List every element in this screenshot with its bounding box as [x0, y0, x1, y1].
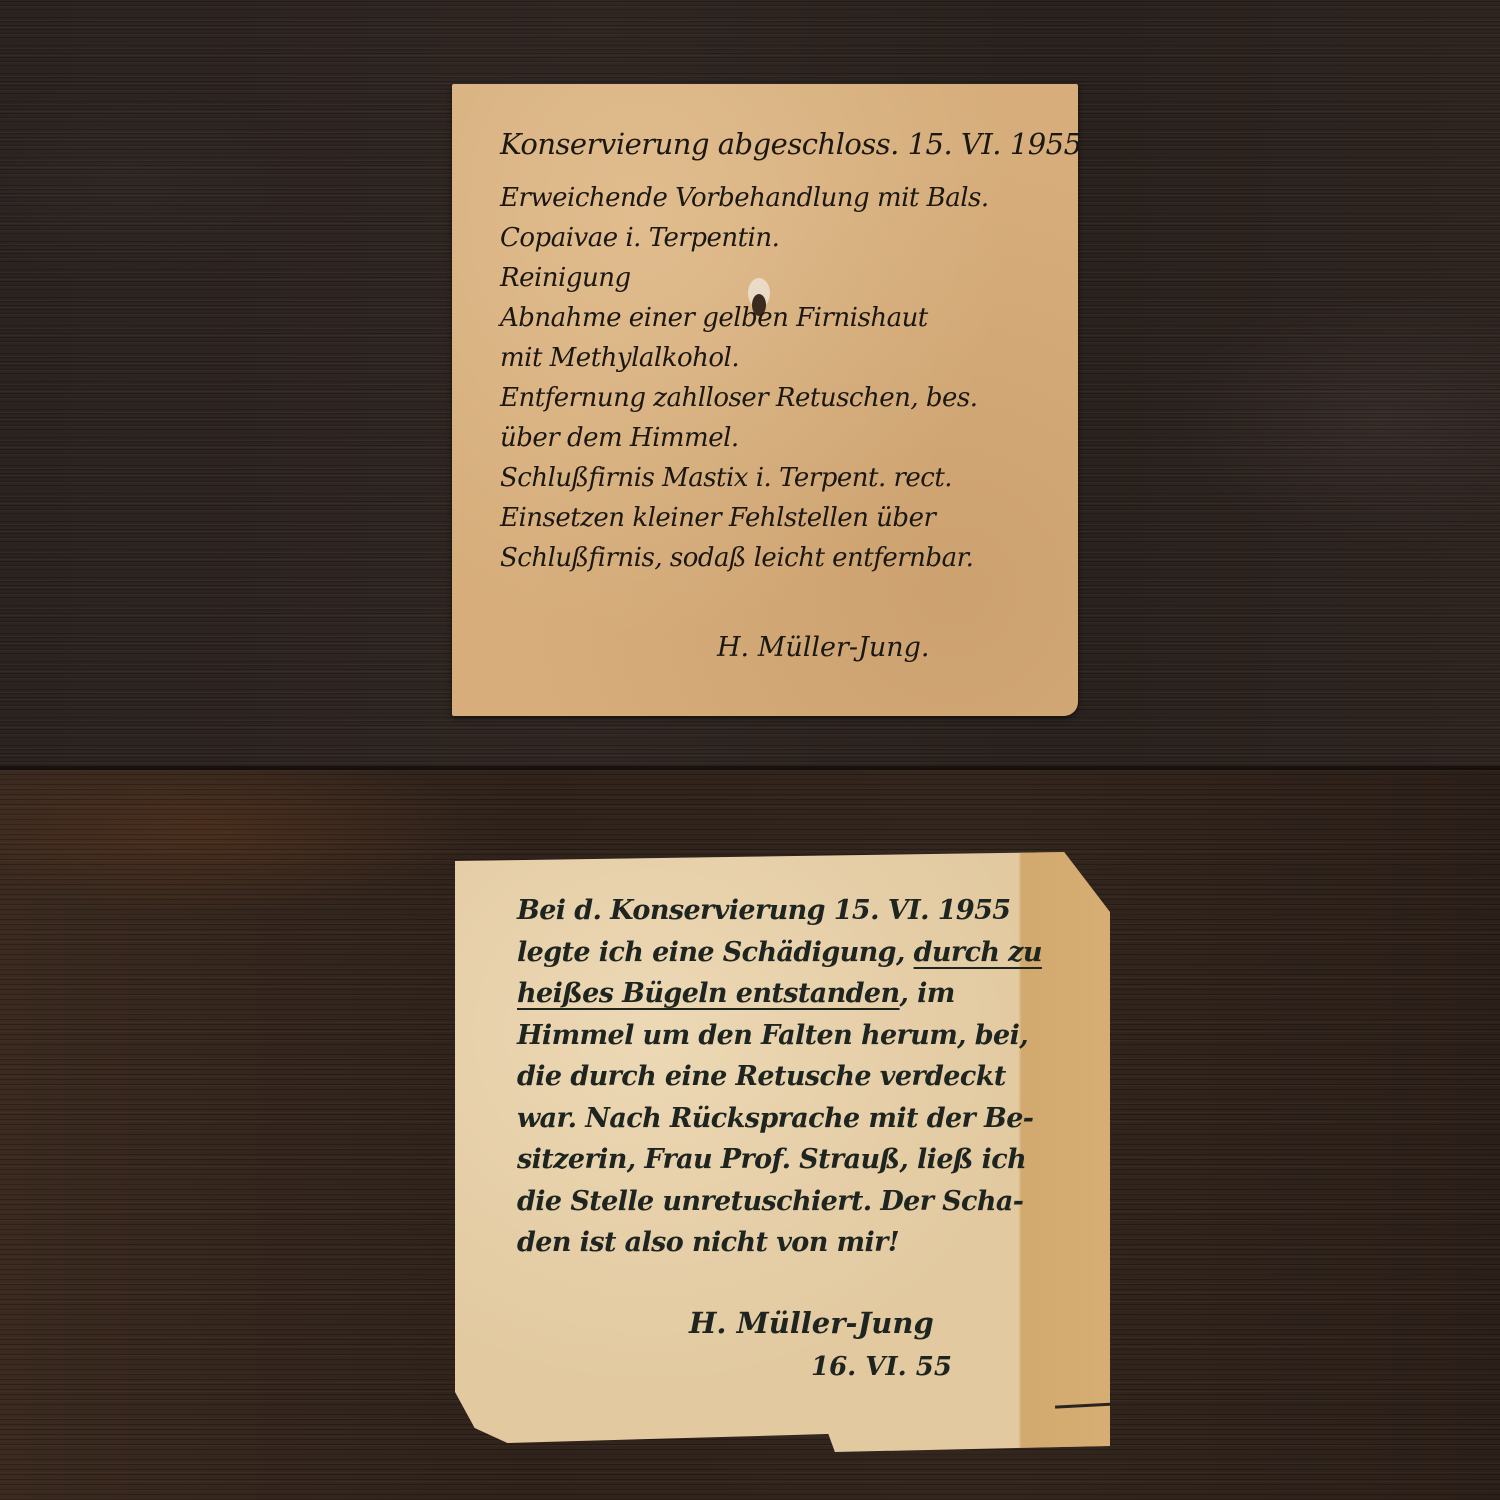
note-1-text: Konservierung abgeschloss. 15. VI. 1955 …: [500, 124, 1048, 578]
note-2-line: legte ich eine Schädigung, durch zu: [517, 932, 1080, 974]
note-2-date: 16. VI. 55: [811, 1352, 952, 1382]
note-1-line: mit Methylalkohol.: [500, 338, 1048, 378]
note-2-signature: H. Müller-Jung: [689, 1306, 934, 1340]
note-2-text: Bei d. Konservierung 15. VI. 1955 legte …: [517, 890, 1080, 1264]
note-2-line: die Stelle unretuschiert. Der Scha-: [517, 1181, 1080, 1223]
note-2-line: die durch eine Retusche verdeckt: [517, 1056, 1080, 1098]
note-1-line: über dem Himmel.: [500, 418, 1048, 458]
note-2-line: heißes Bügeln entstanden, im: [517, 973, 1080, 1015]
note-2-line: war. Nach Rücksprache mit der Be-: [517, 1098, 1080, 1140]
note-1-line: Schlußfirnis, sodaß leicht entfernbar.: [500, 538, 1048, 578]
note-1-line: Entfernung zahlloser Retuschen, bes.: [500, 378, 1048, 418]
conservation-note-2: Bei d. Konservierung 15. VI. 1955 legte …: [455, 852, 1110, 1452]
note-1-line: Einsetzen kleiner Fehlstellen über: [500, 498, 1048, 538]
note-1-line: Erweichende Vorbehandlung mit Bals.: [500, 178, 1048, 218]
pencil-mark: [1055, 1402, 1117, 1408]
note-2-line: Himmel um den Falten herum, bei,: [517, 1015, 1080, 1057]
note-1-signature: H. Müller-Jung.: [717, 632, 930, 663]
note-1-line: Reinigung: [500, 258, 1048, 298]
note-1-title: Konservierung abgeschloss. 15. VI. 1955: [500, 124, 1048, 164]
note-2-line: Bei d. Konservierung 15. VI. 1955: [517, 890, 1080, 932]
note-1-line: Copaivae i. Terpentin.: [500, 218, 1048, 258]
conservation-note-1: Konservierung abgeschloss. 15. VI. 1955 …: [452, 84, 1078, 716]
note-2-line: den ist also nicht von mir!: [517, 1222, 1080, 1264]
note-2-text-segment: legte ich eine Schädigung,: [517, 937, 914, 968]
note-2-underlined-text: durch zu: [914, 937, 1042, 968]
note-2-line: sitzerin, Frau Prof. Strauß, ließ ich: [517, 1139, 1080, 1181]
note-1-line: Schlußfirnis Mastix i. Terpent. rect.: [500, 458, 1048, 498]
note-2-underlined-text: heißes Bügeln entstanden: [517, 978, 900, 1009]
note-1-line: Abnahme einer gelben Firnishaut: [500, 298, 1048, 338]
note-2-text-segment: , im: [900, 978, 955, 1009]
